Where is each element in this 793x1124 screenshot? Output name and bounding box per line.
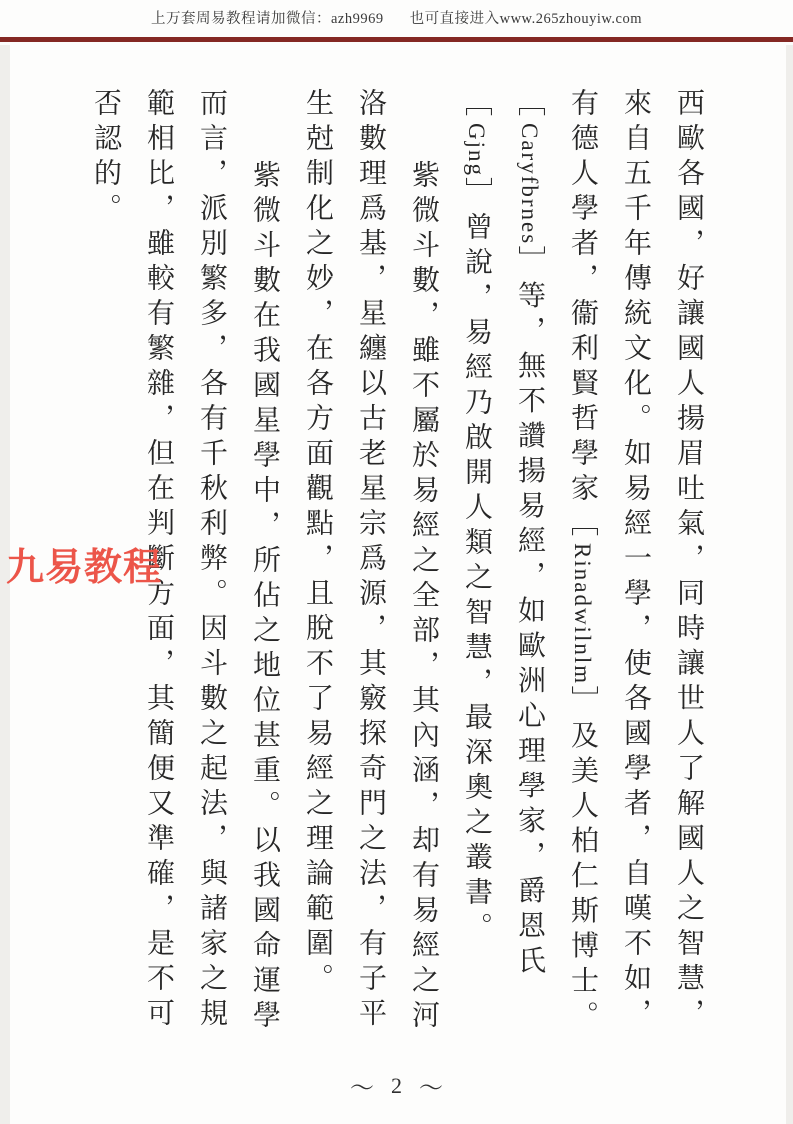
cjk-text-segment: ］曾說，易經乃啟開人類之智慧，最深奧之叢書。 [461, 177, 492, 947]
latin-text-segment: Gjng [464, 123, 489, 177]
divider-rule [0, 37, 793, 42]
footer-tilde-right: ～ [419, 1068, 443, 1103]
cjk-text-segment: 紫微斗數，雖不屬於易經之全部，其內涵，却有易經之河洛數理爲基，星纏以古老星宗爲源… [302, 88, 439, 1035]
footer-tilde-left: ～ [350, 1068, 374, 1103]
watermark: 九易教程 [6, 536, 162, 591]
page-footer: ～ 2 ～ [0, 1068, 793, 1103]
footer-page-number: 2 [391, 1073, 402, 1099]
latin-text-segment: Rinadwilnlm [570, 543, 595, 685]
paragraph: 紫微斗數，雖不屬於易經之全部，其內涵，却有易經之河洛數理爲基，星纏以古老星宗爲源… [291, 88, 450, 1056]
header-text-right: 也可直接进入www.265zhouyiw.com [410, 7, 642, 28]
vertical-text-block: 西歐各國，好讓國人揚眉吐氣，同時讓世人了解國人之智慧，來自五千年傳統文化。如易經… [75, 88, 715, 1056]
paragraph: 西歐各國，好讓國人揚眉吐氣，同時讓世人了解國人之智慧，來自五千年傳統文化。如易經… [450, 88, 715, 1056]
right-margin-shade [786, 45, 793, 1124]
header-text-left: 上万套周易教程请加微信：azh9969 [151, 7, 384, 28]
latin-text-segment: Caryfbrnes [517, 123, 542, 245]
